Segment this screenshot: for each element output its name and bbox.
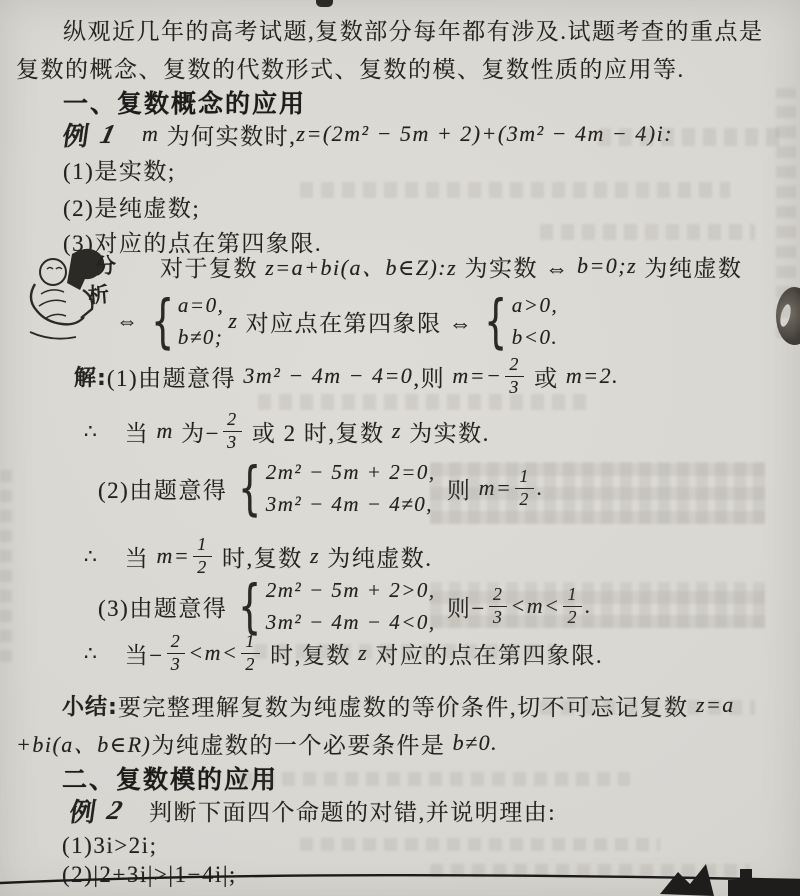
math-fragment: m <box>156 418 173 444</box>
text-fragment: 对于复数 <box>160 250 265 283</box>
corner-ink-mark <box>740 869 752 880</box>
bleedthrough-smudge <box>300 182 730 198</box>
therefore-symbol: ∴ <box>84 419 97 443</box>
text-fragment: 当 <box>125 415 157 448</box>
brace-glyph: { <box>485 292 509 350</box>
math-fragment: 3m² − 4m − 4=0 <box>243 363 413 389</box>
fraction: 23 <box>167 632 186 675</box>
equation: 2m² − 5m + 2=0, <box>266 460 436 485</box>
bleedthrough-smudge <box>430 582 765 628</box>
equation: b<0. <box>512 325 558 350</box>
equation-system: {a=0,b≠0; <box>144 292 225 350</box>
intro-line-2: 复数的概念、复数的代数形式、复数的模、复数性质的应用等. <box>16 50 685 84</box>
text-fragment: 当− <box>125 637 164 670</box>
bleedthrough-smudge <box>258 394 588 410</box>
text-fragment: (3)由题意得 <box>98 590 227 623</box>
bleedthrough-smudge <box>598 128 783 146</box>
fraction-numerator: 1 <box>193 535 212 557</box>
example-2-header: 例 2 判断下面四个命题的对错,并说明理由: <box>70 792 556 828</box>
example-label: 例 <box>67 792 98 829</box>
math-fragment: z <box>228 308 238 334</box>
text-fragment: 对应点在第四象限 ⇔ <box>238 305 473 338</box>
example-2-item-1: (1)3i>2i; <box>62 831 157 861</box>
example-1-item-1: (1)是实数; <box>63 153 176 185</box>
text-fragment: ,则 <box>413 360 452 393</box>
equation-system: {2m² − 5m + 2=0,3m² − 4m − 4≠0, <box>231 459 435 517</box>
page-bottom-rule <box>0 862 800 896</box>
corner-ink-mark <box>728 880 800 896</box>
equation-list: 2m² − 5m + 2=0,3m² − 4m − 4≠0, <box>266 460 436 517</box>
example-number: 2 <box>104 795 127 826</box>
math-fragment: m <box>142 121 159 147</box>
example-1-item-2: (2)是纯虚数; <box>63 190 200 222</box>
text-fragment: (2)由题意得 <box>98 472 227 505</box>
bold-label: 小结: <box>62 690 118 721</box>
equation-list: a=0,b≠0; <box>178 293 224 350</box>
equation-list: a>0,b<0. <box>512 293 558 350</box>
fraction-denominator: 3 <box>171 654 182 675</box>
equation-system: {a>0,b<0. <box>477 292 558 350</box>
bleedthrough-smudge <box>540 224 755 240</box>
analysis-label-bottom: 析 <box>87 278 110 309</box>
section-heading-1: 一、复数概念的应用 <box>63 84 306 120</box>
text-fragment: 或 2 时,复数 <box>245 415 392 448</box>
math-fragment: b≠0. <box>453 730 499 756</box>
math-fragment: m=− <box>452 363 502 389</box>
example-1-header: 例 1 m 为何实数时,z=(2m² − 5m + 2)+(3m² − 4m −… <box>63 116 673 152</box>
equation: a>0, <box>512 293 558 318</box>
bleedthrough-smudge <box>776 88 796 338</box>
fraction: 23 <box>223 410 242 453</box>
top-edge-mark <box>316 0 333 7</box>
bleedthrough-smudge <box>300 838 660 851</box>
math-fragment: +bi(a、b∈R) <box>16 728 151 759</box>
math-fragment: m=2. <box>566 363 619 389</box>
therefore-symbol: ∴ <box>84 544 97 568</box>
analysis-line-1: 对于复数 z=a+bi(a、b∈Z):z 为实数 ⇔ b=0;z 为纯虚数 <box>160 250 742 282</box>
bleedthrough-smudge <box>0 462 12 662</box>
example-number: 1 <box>97 119 120 150</box>
bleedthrough-smudge <box>430 462 765 524</box>
fraction-numerator: 2 <box>505 355 524 377</box>
text-fragment: 为− <box>174 415 220 448</box>
math-fragment: ⇔ <box>116 308 140 334</box>
math-fragment: z <box>392 418 402 444</box>
bold-label: 解: <box>74 361 107 392</box>
example-label: 例 <box>60 116 91 153</box>
bleedthrough-smudge <box>254 644 554 659</box>
bleedthrough-smudge <box>540 700 755 715</box>
fraction-numerator: 2 <box>223 410 242 432</box>
text-fragment: 为纯虚数 <box>637 250 742 283</box>
equation: b≠0; <box>178 325 224 350</box>
equation: 3m² − 4m − 4≠0, <box>266 492 436 517</box>
intro-line-1: 纵观近几年的高考试题,复数部分每年都有涉及.试题考查的重点是 <box>63 12 764 46</box>
analysis-label-top: 分 <box>94 249 117 280</box>
bleedthrough-smudge <box>240 772 630 786</box>
therefore-symbol: ∴ <box>84 641 97 665</box>
equation: a=0, <box>178 293 224 318</box>
text-fragment: 为实数. <box>402 415 490 448</box>
equation: 2m² − 5m + 2>0, <box>266 578 436 603</box>
text-fragment: 为实数 ⇔ <box>457 250 577 283</box>
math-fragment: z=a+bi(a、b∈Z):z <box>265 251 457 282</box>
fraction-numerator: 2 <box>167 632 186 654</box>
text-fragment: (1)由题意得 <box>107 360 244 393</box>
brace-glyph: { <box>239 459 263 517</box>
text-fragment: 判断下面四个命题的对错,并说明理由: <box>149 794 556 827</box>
math-fragment: <m< <box>188 640 238 666</box>
fraction: 23 <box>505 355 524 398</box>
text-fragment: 为何实数时, <box>159 118 296 151</box>
text-fragment: 或 <box>527 360 566 393</box>
summary-line-2: +bi(a、b∈R)为纯虚数的一个必要条件是 b≠0. <box>16 726 498 760</box>
brace-glyph: { <box>151 292 175 350</box>
textbook-page: 纵观近几年的高考试题,复数部分每年都有涉及.试题考查的重点是 复数的概念、复数的… <box>0 0 800 896</box>
corner-ink-mark <box>660 864 714 896</box>
text-fragment: 为纯虚数的一个必要条件是 <box>151 727 452 760</box>
math-fragment: b=0;z <box>577 253 637 279</box>
